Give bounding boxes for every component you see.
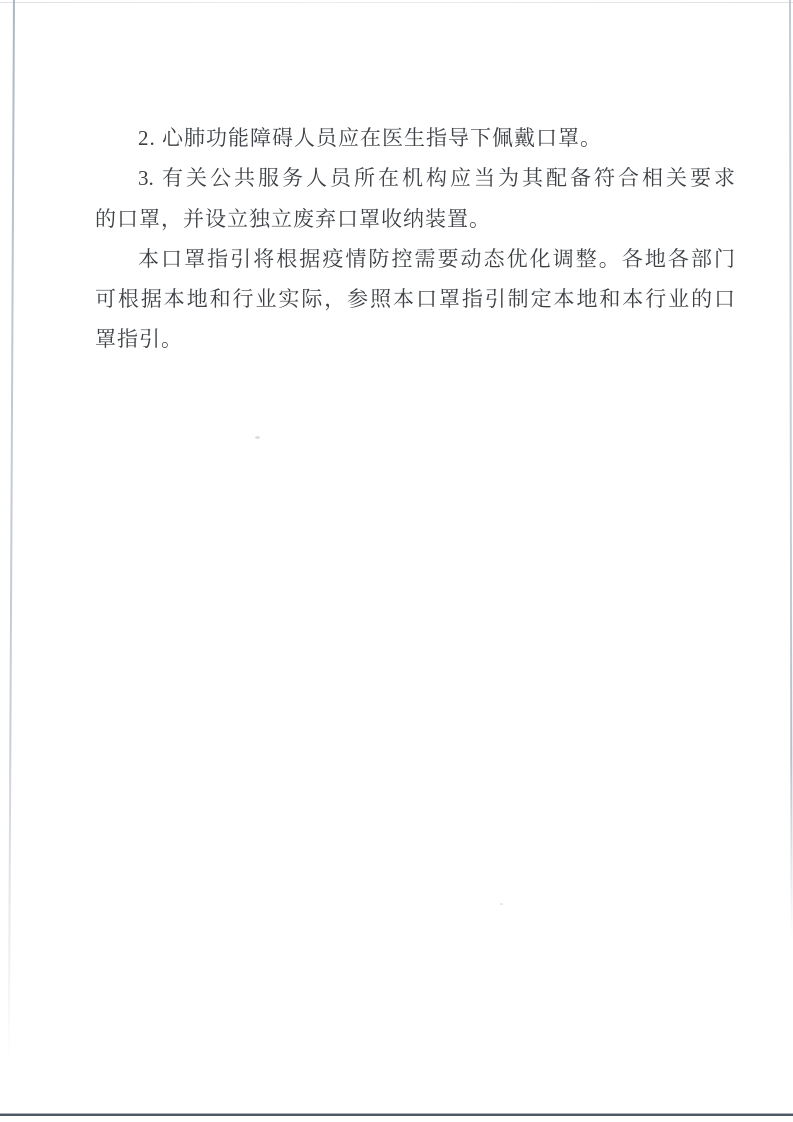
scan-speck xyxy=(500,903,503,905)
scan-edge-top xyxy=(0,2,793,3)
text-line: 3. 有关公共服务人员所在机构应当为其配备符合相关要求 xyxy=(95,158,735,198)
closing-paragraph: 本口罩指引将根据疫情防控需要动态优化调整。各地各部门 可根据本地和行业实际，参照… xyxy=(95,239,735,360)
text-line: 的口罩，并设立独立废弃口罩收纳装置。 xyxy=(95,199,735,239)
scan-edge-left xyxy=(8,0,15,1061)
scan-edge-bottom-hard xyxy=(0,1114,793,1116)
numbered-item-2: 2. 心肺功能障碍人员应在医生指导下佩戴口罩。 xyxy=(95,118,735,158)
scan-edge-right xyxy=(789,0,792,940)
text-line: 2. 心肺功能障碍人员应在医生指导下佩戴口罩。 xyxy=(95,118,735,158)
scanned-document-page: 2. 心肺功能障碍人员应在医生指导下佩戴口罩。 3. 有关公共服务人员所在机构应… xyxy=(0,0,793,1122)
text-line: 可根据本地和行业实际，参照本口罩指引制定本地和本行业的口 xyxy=(95,279,735,319)
text-line: 罩指引。 xyxy=(95,319,735,359)
document-text-block: 2. 心肺功能障碍人员应在医生指导下佩戴口罩。 3. 有关公共服务人员所在机构应… xyxy=(95,118,735,360)
numbered-item-3: 3. 有关公共服务人员所在机构应当为其配备符合相关要求 的口罩，并设立独立废弃口… xyxy=(95,158,735,239)
scan-edge-bottom xyxy=(0,1113,793,1117)
text-line: 本口罩指引将根据疫情防控需要动态优化调整。各地各部门 xyxy=(95,239,735,279)
scan-speck xyxy=(255,436,260,439)
